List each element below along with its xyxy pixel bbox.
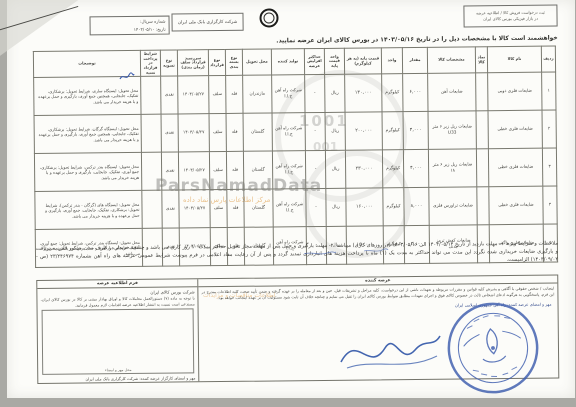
table-cell [142,191,162,229]
column-header: سررسید قرارداد سلف (زمان بندی) [177,50,208,77]
table-cell: کیلوگرم [382,150,403,188]
table-cell: ۶,۰۰۰ [403,74,428,112]
table-cell: ریال [325,75,345,113]
table-cell: ضایعات فلزی ذوبی [488,73,542,112]
table-cell: ضایعات تراورس فلزی [429,187,477,226]
table-cell: ۴,۰۰۰ [403,150,428,188]
table-cell: ۱۴۰۳/۰۵/۲۷ [179,190,210,228]
request-sentence: خواهشمند است کالا با مشخصات ذیل را در تا… [38,34,558,46]
table-cell: سلف [209,76,226,114]
notes-cell: محل تحویل: ایستگاه بندر ترکمن، شرایط تحو… [34,153,141,192]
column-header: قیمت پایه (به هر کیلوگرم) [344,48,381,75]
table-cell: سلف [209,114,226,152]
signature-section: عرضه کننده اینجانب / شخص حقوقی با آگاهی … [36,275,559,384]
special-conditions-paragraph: ملاحظات و شرایط ویژه: ۱- مهلت بازدید از … [36,240,558,270]
table-cell: فله [227,190,244,228]
table-cell: گلستان [244,189,273,227]
column-header: نوع قرارداد [208,49,225,76]
serial-date-box: شماره سریال: تاریخ: ۱۴۰۳/۰۵/۱۰ [89,16,169,36]
table-cell: ۸,۰۰۰ [404,188,429,226]
table-cell: ضایعات آهن [428,73,476,112]
table-cell: کیلوگرم [383,188,404,226]
notes-cell: محل تحویل: ایستگاه ساری، شرایط تحویل: بر… [34,77,141,116]
table-cell [477,187,489,225]
table-cell: ضایعات فلزی خطی [488,149,542,188]
table-cell: ریال [325,113,345,151]
request-type-box: ثبت درخواست فروش کالا / اطلاعیه عرضه در … [463,4,557,27]
stamp-box-label: محل مهر و امضاء [43,367,193,373]
column-header: نام کالا [487,46,541,73]
paper-sheet: 1001 001 ParsNamadData مرکز اطلاعات پارس… [7,0,575,398]
table-cell: ضایعات ریل زیر ۶ متر ۱۸ [428,149,476,188]
table-cell: شرکت راه آهن ج.ا.ا [272,151,305,189]
request-type-line2: در بازار فیزیکی بورس کالای ایران [465,16,557,23]
table-cell: گلستان [243,151,272,189]
column-header: مشخصات کالا [427,47,475,74]
table-cell: - [305,75,325,113]
table-cell: ریال [326,189,346,227]
column-header: تولید کننده [271,49,304,76]
table-cell: شرکت راه آهن ج.ا.ا [273,189,306,227]
table-cell: - [306,189,326,227]
table-cell: نقدی [161,76,178,114]
table-cell: سلف [210,190,227,228]
table-cell: ضایعات فلزی خطی [489,187,543,226]
form-body-text: با توجه به ماده (۷) دستورالعمل معاملات ک… [37,294,197,309]
column-header: محل تحویل [242,49,271,76]
table-cell: نقدی [162,190,179,228]
table-cell: کیلوگرم [382,112,403,150]
exchange-seal-icon [259,8,278,27]
table-cell: سلف [209,152,226,190]
table-cell [141,115,161,153]
table-cell: گلستان [243,113,272,151]
offer-table-body: ۱ضایعات فلزی ذوبیضایعات آهن۶,۰۰۰کیلوگرم۱… [34,72,558,267]
page-content: ثبت درخواست فروش کالا / اطلاعیه عرضه در … [5,0,576,401]
table-cell: ۱۳۰,۰۰۰ [345,74,382,112]
scanned-tender-document: 1001 001 ParsNamadData مرکز اطلاعات پارس… [0,0,576,407]
table-cell: نقدی [161,152,178,190]
broker-sign-line: مهر و امضای کارگزار عرضه کننده: شرکت کار… [38,374,198,383]
column-header: مقدار [402,47,427,74]
supplier-column: عرضه کننده اینجانب / شخص حقوقی با آگاهی … [197,276,558,382]
broker-name-box: شرکت کارگزاری بانک ملی ایران [171,13,243,32]
table-cell: ۴,۰۰۰ [403,112,428,150]
table-cell: ضایعات فلزی خطی [488,111,542,150]
table-cell: ۱ [542,72,556,110]
table-cell: فله [226,114,243,152]
column-header: نماد کالا [475,47,487,74]
table-cell [476,73,488,111]
table-cell: ۲ [542,110,556,148]
notes-cell: محل تحویل: ایستگاه گرگان، شرایط تحویل: ب… [34,115,141,154]
table-cell: ضایعات ریل زیر ۶ متر U33 [428,111,476,150]
form-column: فرم اطلاعیه عرضه شرکت بورس کالای ایران ب… [37,279,198,383]
table-cell: ریال [325,151,345,189]
table-cell [141,153,161,191]
table-cell: شرکت راه آهن ج.ا.ا [272,113,305,151]
column-header: حداکثر افزایش عرضه [304,48,324,75]
table-cell: ۲۳۰,۰۰۰ [345,150,382,188]
table-cell: کیلوگرم [382,74,403,112]
column-header: واحد قیمت پایه [324,48,344,75]
table-cell: - [305,113,325,151]
supplier-sign-zone: مهر و امضای عرضه کننده: راه آهن جمهوری ا… [199,299,559,381]
broker-name: شرکت کارگزاری بانک ملی ایران [178,19,237,25]
table-cell: - [305,151,325,189]
table-cell: ۴ [543,186,557,224]
date-label: تاریخ: ۱۴۰۳/۰۵/۱۰ [94,26,166,35]
notes-cell: محل تحویل: ایستگاه های (گرگان - بندر ترک… [35,191,142,230]
table-cell: فله [226,152,243,190]
table-cell: نقدی [161,114,178,152]
table-row: ۱ضایعات فلزی ذوبیضایعات آهن۶,۰۰۰کیلوگرم۱… [34,72,556,115]
offer-table: ردیفنام کالانماد کالامشخصات کالامقدارواح… [33,46,558,269]
table-cell [476,149,488,187]
table-cell: ۱۴۰۳/۰۵/۲۷ [178,152,209,190]
table-cell: ۳ [542,148,556,186]
table-row: ۲ضایعات فلزی خطیضایعات ریل زیر ۶ متر U33… [34,110,556,153]
table-row: ۴ضایعات فلزی خطیضایعات تراورس فلزی۸,۰۰۰ک… [35,186,557,229]
table-cell: شرکت راه آهن ج.ا.ا [272,75,305,113]
table-cell [141,77,161,115]
table-cell [476,111,488,149]
table-cell: ۱۴۰۳/۰۵/۲۷ [178,114,209,152]
column-header: شرایط پرداخت در قرارداد نسیه [140,50,160,77]
table-cell: فله [226,76,243,114]
table-cell: مازندران [243,75,272,113]
supplier-sign-caption: مهر و امضای عرضه کننده: راه آهن جمهوری ا… [455,301,552,307]
column-header: نوع تسویه [160,50,177,77]
stamp-placeholder-box: محل مهر و امضاء [42,308,195,375]
column-header: توضیحات [33,50,140,78]
column-header: واحد [381,48,402,75]
table-row: ۳ضایعات فلزی خطیضایعات ریل زیر ۶ متر ۱۸۴… [34,148,556,191]
column-header: نوع بسته بندی [225,49,242,76]
column-header: ردیف [541,46,555,73]
table-cell: ۱۶۰,۰۰۰ [346,188,383,226]
table-cell: ۱۴۰۳/۰۵/۲۷ [178,76,209,114]
table-cell: ۲۰۰,۰۰۰ [345,112,382,150]
